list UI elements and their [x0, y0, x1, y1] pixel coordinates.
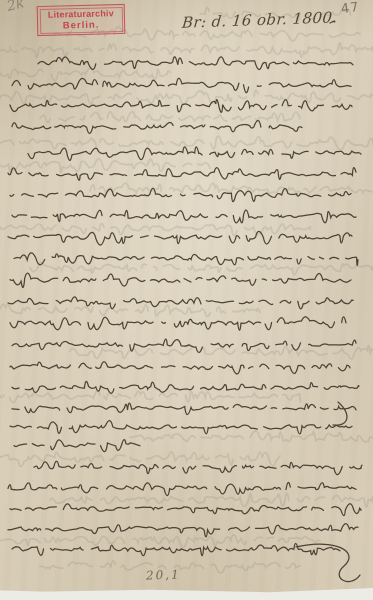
- manuscript-handwriting: [0, 0, 373, 600]
- letter-paper: 2k Literaturarchiv Berlin. Br: d. 16 obr…: [0, 0, 373, 600]
- stamp-text-line2: Berlin.: [40, 19, 122, 32]
- archive-number: 20,1: [146, 567, 181, 582]
- manuscript-scan: 2k Literaturarchiv Berlin. Br: d. 16 obr…: [0, 0, 373, 600]
- folio-number: 47: [340, 0, 360, 17]
- archive-stamp: Literaturarchiv Berlin.: [37, 4, 126, 36]
